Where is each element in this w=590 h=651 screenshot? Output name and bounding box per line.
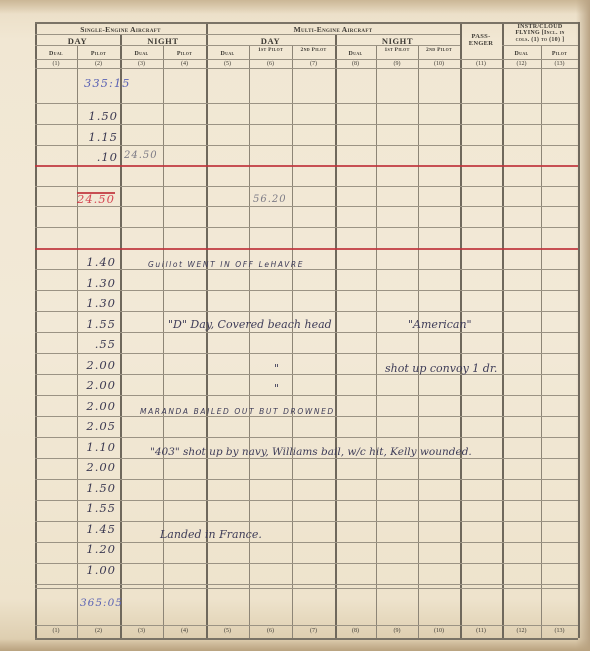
header-col6-1st-pilot: 1st Pilot [249,48,292,54]
column-number: (9) [376,628,418,634]
column-number: (7) [292,628,335,634]
column-number: (12) [502,61,541,67]
header-me-day: DAY [206,37,335,46]
column-number: (5) [206,628,249,634]
grid-bottom-border [35,638,578,640]
flight-time: 2.00 [86,378,116,392]
column-number: (12) [502,628,541,634]
page-shadow-bottom [0,639,590,651]
grid-row-line [35,227,578,228]
column-number: (4) [163,61,206,67]
column-number: (13) [541,628,578,634]
grid-row-line [35,395,578,396]
grid-column-line [292,45,293,638]
header-col8-dual: Dual [335,51,376,57]
header-instr-cloud: INSTR/CLOUD FLYING [Incl. in cols. (1) t… [502,24,578,43]
carried-forward-total: 365:05 [80,597,123,609]
grid-row-line [35,353,578,354]
column-number: (1) [35,628,77,634]
logbook-page: Single-Engine Aircraft Multi-Engine Airc… [0,0,590,651]
grid-column-line [77,45,78,638]
flight-time: 1.40 [86,255,116,269]
grid-row-line [35,625,578,626]
remark-ditto-1: " [274,362,279,375]
header-col12-dual: Dual [502,51,541,57]
grid-column-line [418,45,419,638]
grid-row-line [35,332,578,333]
column-number: (2) [77,61,120,67]
header-passenger: PASS- ENGER [460,34,502,47]
grid-column-line [35,22,37,638]
flight-time: 2.05 [86,419,116,433]
grid-row-line [35,124,578,125]
column-number: (8) [335,61,376,67]
flight-time: 1.10 [86,440,116,454]
header-col7-2nd-pilot: 2nd Pilot [292,48,335,54]
grid-row-line [35,479,578,480]
header-col1-dual: Dual [35,51,77,57]
grid-column-line [249,45,250,638]
grid-row-line [35,311,578,312]
flight-time: 1.55 [86,317,116,331]
grid-top-border [35,22,578,24]
flight-time: 1.55 [86,501,116,515]
grid-column-line [502,22,504,638]
column-number: (2) [77,628,120,634]
column-number: (11) [460,61,502,67]
flight-time: 1.15 [88,130,118,144]
remark-shotup-convoy: shot up convoy 1 dr. [385,362,497,375]
grid-row-line [35,458,578,459]
grid-row-line [35,290,578,291]
column-number: (7) [292,61,335,67]
flight-time: 1.30 [86,296,116,310]
brought-forward-total: 335:15 [84,76,130,90]
column-number: (1) [35,61,77,67]
flight-time: 2.00 [86,399,116,413]
flight-time: .55 [95,337,116,351]
red-total-line [35,248,578,250]
header-col10-2nd-pilot: 2nd Pilot [418,48,460,54]
header-me-night: NIGHT [335,37,460,46]
column-number: (10) [418,61,460,67]
grid-row-line [35,588,578,589]
remark-guillot: Guillot WENT IN OFF LeHAVRE [148,260,304,269]
grid-header-line [502,45,578,46]
column-number: (6) [249,628,292,634]
remark-miranda: MARANDA BAILED OUT BUT DROWNED [140,407,335,416]
header-col13-pilot: Pilot [541,51,578,57]
grid-column-line [541,45,542,638]
multi-day-1st-pilot-total: 56.20 [253,194,287,205]
column-number: (5) [206,61,249,67]
grid-header-line [35,34,460,35]
remark-landed-france: Landed in France. [160,528,262,541]
grid-row-line [35,500,578,501]
grid-column-line [163,45,164,638]
grid-row-line [35,542,578,543]
flight-time: 1.30 [86,276,116,290]
column-number: (10) [418,628,460,634]
grid-row-line [35,584,578,585]
grid-row-line [35,145,578,146]
column-number: (11) [460,628,502,634]
flight-time: 1.50 [86,481,116,495]
night-total-pencil: 24.50 [124,150,158,161]
grid-column-line [578,22,580,638]
grid-row-line [35,563,578,564]
header-multi-engine: Multi-Engine Aircraft [206,26,460,34]
column-number: (8) [335,628,376,634]
grid-row-line [35,269,578,270]
header-col5-dual: Dual [206,51,249,57]
grid-row-line [35,206,578,207]
grid-header-line [35,59,578,60]
column-number: (6) [249,61,292,67]
remark-american: "American" [408,318,472,331]
day-pilot-red-total: 24.50 [77,192,115,194]
header-col9-1st-pilot: 1st Pilot [376,48,418,54]
grid-header-line [35,68,578,69]
grid-row-line [35,416,578,417]
grid-row-line [35,437,578,438]
red-total-line [35,165,578,167]
grid-row-line [35,186,578,187]
header-se-day: DAY [35,37,120,46]
header-col4-pilot: Pilot [163,51,206,57]
flight-time: .10 [97,150,118,164]
header-single-engine: Single-Engine Aircraft [35,26,206,34]
header-col3-dual: Dual [120,51,163,57]
remark-dday: "D" Day, Covered beach head [168,318,332,331]
header-col2-pilot: Pilot [77,51,120,57]
grid-column-line [376,45,377,638]
grid-row-line [35,521,578,522]
remark-shot-by-navy: "403" shot up by navy, Williams bail, w/… [150,446,472,458]
header-se-night: NIGHT [120,37,206,46]
flight-time: 2.00 [86,358,116,372]
flight-time: 1.50 [88,109,118,123]
column-number: (13) [541,61,578,67]
flight-time: 1.45 [86,522,116,536]
column-number: (3) [120,628,163,634]
flight-time: 1.00 [86,563,116,577]
column-number: (4) [163,628,206,634]
remark-ditto-2: " [274,382,279,395]
grid-row-line [35,103,578,104]
column-number: (3) [120,61,163,67]
flight-time: 2.00 [86,460,116,474]
column-number: (9) [376,61,418,67]
flight-time: 1.20 [86,542,116,556]
page-shadow-top [0,0,590,14]
